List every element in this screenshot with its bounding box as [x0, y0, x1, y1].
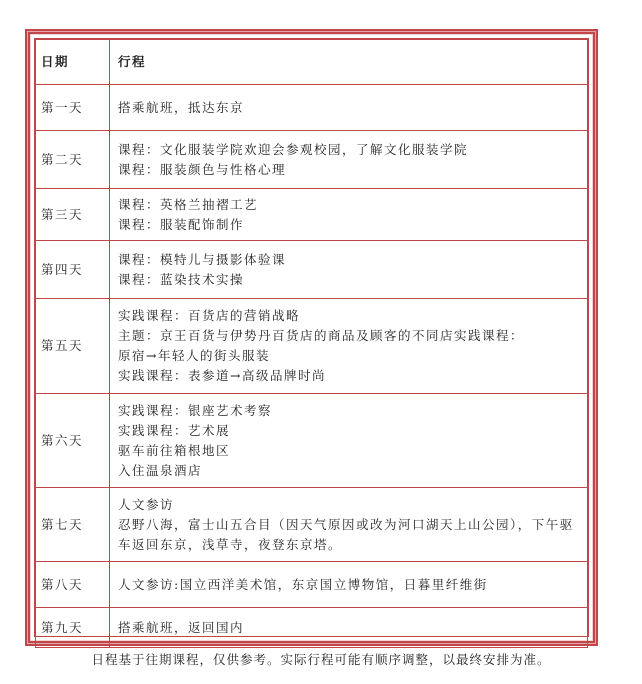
- itinerary-line: 实践课程：百货店的营销战略: [118, 306, 581, 326]
- day-itinerary: 课程：模特儿与摄影体验课 课程：蓝染技术实操: [110, 241, 588, 299]
- table-row: 第四天 课程：模特儿与摄影体验课 课程：蓝染技术实操: [36, 241, 588, 299]
- day-label: 第二天: [36, 131, 110, 189]
- day-itinerary: 实践课程：百货店的营销战略 主题：京王百货与伊势丹百货店的商品及顾客的不同店实践…: [110, 299, 588, 394]
- day-label: 第八天: [36, 562, 110, 608]
- table-row: 第九天 搭乘航班，返回国内: [36, 608, 588, 648]
- day-itinerary: 人文参访:国立西洋美术馆，东京国立博物馆，日暮里纤维街: [110, 562, 588, 608]
- itinerary-table-frame: 日期 行程 第一天 搭乘航班，抵达东京 第二天 课程：文化服装学院欢迎会参观校园…: [25, 29, 598, 646]
- itinerary-line: 课程：文化服装学院欢迎会参观校园，了解文化服装学院: [118, 140, 581, 160]
- table-row: 第一天 搭乘航班，抵达东京: [36, 85, 588, 131]
- table-header-row: 日期 行程: [36, 40, 588, 85]
- itinerary-line: 搭乘航班，返回国内: [118, 618, 581, 638]
- day-label: 第六天: [36, 394, 110, 488]
- itinerary-line: 忍野八海，富士山五合目（因天气原因或改为河口湖天上山公园），下午驱车返回东京，浅…: [118, 515, 581, 555]
- day-label: 第九天: [36, 608, 110, 648]
- table-row: 第七天 人文参访 忍野八海，富士山五合目（因天气原因或改为河口湖天上山公园），下…: [36, 488, 588, 562]
- itinerary-line: 实践课程：艺术展: [118, 421, 581, 441]
- day-label: 第五天: [36, 299, 110, 394]
- header-itinerary: 行程: [110, 40, 588, 85]
- table-row: 第八天 人文参访:国立西洋美术馆，东京国立博物馆，日暮里纤维街: [36, 562, 588, 608]
- itinerary-table: 日期 行程 第一天 搭乘航班，抵达东京 第二天 课程：文化服装学院欢迎会参观校园…: [35, 39, 588, 648]
- day-itinerary: 实践课程：银座艺术考察 实践课程：艺术展 驱车前往箱根地区 入住温泉酒店: [110, 394, 588, 488]
- day-itinerary: 课程：英格兰抽褶工艺 课程：服装配饰制作: [110, 189, 588, 241]
- itinerary-line: 实践课程：银座艺术考察: [118, 401, 581, 421]
- day-itinerary: 课程：文化服装学院欢迎会参观校园，了解文化服装学院 课程：服装颜色与性格心理: [110, 131, 588, 189]
- table-row: 第五天 实践课程：百货店的营销战略 主题：京王百货与伊势丹百货店的商品及顾客的不…: [36, 299, 588, 394]
- footnote: 日程基于往期课程，仅供参考。实际行程可能有顺序调整，以最终安排为准。: [0, 650, 642, 668]
- itinerary-line: 人文参访:国立西洋美术馆，东京国立博物馆，日暮里纤维街: [118, 575, 581, 595]
- itinerary-line: 实践课程：表参道→高级品牌时尚: [118, 366, 581, 386]
- itinerary-line: 搭乘航班，抵达东京: [118, 98, 581, 118]
- itinerary-table-inner: 日期 行程 第一天 搭乘航班，抵达东京 第二天 课程：文化服装学院欢迎会参观校园…: [34, 38, 589, 637]
- itinerary-line: 课程：服装配饰制作: [118, 215, 581, 235]
- table-row: 第二天 课程：文化服装学院欢迎会参观校园，了解文化服装学院 课程：服装颜色与性格…: [36, 131, 588, 189]
- day-label: 第四天: [36, 241, 110, 299]
- day-itinerary: 搭乘航班，返回国内: [110, 608, 588, 648]
- day-itinerary: 人文参访 忍野八海，富士山五合目（因天气原因或改为河口湖天上山公园），下午驱车返…: [110, 488, 588, 562]
- table-row: 第三天 课程：英格兰抽褶工艺 课程：服装配饰制作: [36, 189, 588, 241]
- day-label: 第一天: [36, 85, 110, 131]
- header-date: 日期: [36, 40, 110, 85]
- itinerary-line: 驱车前往箱根地区: [118, 441, 581, 461]
- itinerary-line: 主题：京王百货与伊势丹百货店的商品及顾客的不同店实践课程：: [118, 326, 581, 346]
- table-row: 第六天 实践课程：银座艺术考察 实践课程：艺术展 驱车前往箱根地区 入住温泉酒店: [36, 394, 588, 488]
- itinerary-line: 入住温泉酒店: [118, 461, 581, 481]
- itinerary-line: 课程：模特儿与摄影体验课: [118, 250, 581, 270]
- itinerary-line: 原宿→年轻人的街头服装: [118, 346, 581, 366]
- itinerary-line: 人文参访: [118, 495, 581, 515]
- day-itinerary: 搭乘航班，抵达东京: [110, 85, 588, 131]
- day-label: 第三天: [36, 189, 110, 241]
- day-label: 第七天: [36, 488, 110, 562]
- itinerary-line: 课程：服装颜色与性格心理: [118, 160, 581, 180]
- itinerary-line: 课程：蓝染技术实操: [118, 270, 581, 290]
- itinerary-line: 课程：英格兰抽褶工艺: [118, 195, 581, 215]
